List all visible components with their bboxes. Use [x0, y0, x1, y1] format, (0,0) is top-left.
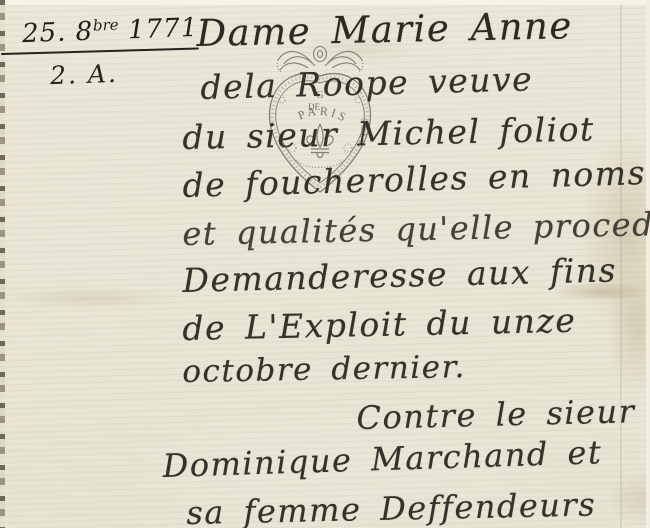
- margin-date-daymonth: 25. 8: [22, 17, 94, 49]
- paper-edge-left: [0, 0, 5, 528]
- manuscript-page: 25. 8bre 1771 2. A. G DE: [0, 0, 650, 528]
- manuscript-line: et qualités qu'elle procede: [182, 205, 650, 253]
- manuscript-line: octobre dernier.: [182, 349, 466, 390]
- manuscript-line: du sieur Michel foliot: [182, 109, 595, 157]
- manuscript-line: sa femme Deffendeurs: [186, 485, 597, 528]
- manuscript-line: Contre le sieur: [356, 392, 636, 437]
- manuscript-line: de foucherolles en noms: [182, 153, 646, 205]
- manuscript-line: Dame Marie Anne: [196, 4, 573, 55]
- manuscript-line: de L'Exploit du unze: [182, 301, 577, 348]
- manuscript-line: Dominique Marchand et: [162, 433, 603, 485]
- margin-date: 25. 8bre 1771: [22, 13, 199, 49]
- margin-date-year: 1771: [128, 13, 199, 45]
- manuscript-line: dela Roope veuve: [200, 59, 534, 107]
- manuscript-line: Demanderesse aux fins: [182, 250, 617, 300]
- margin-reference: 2. A.: [50, 59, 119, 90]
- paper-fold-crease: [620, 5, 622, 528]
- margin-date-superscript: bre: [93, 16, 119, 35]
- paper-edge-right: [646, 0, 650, 528]
